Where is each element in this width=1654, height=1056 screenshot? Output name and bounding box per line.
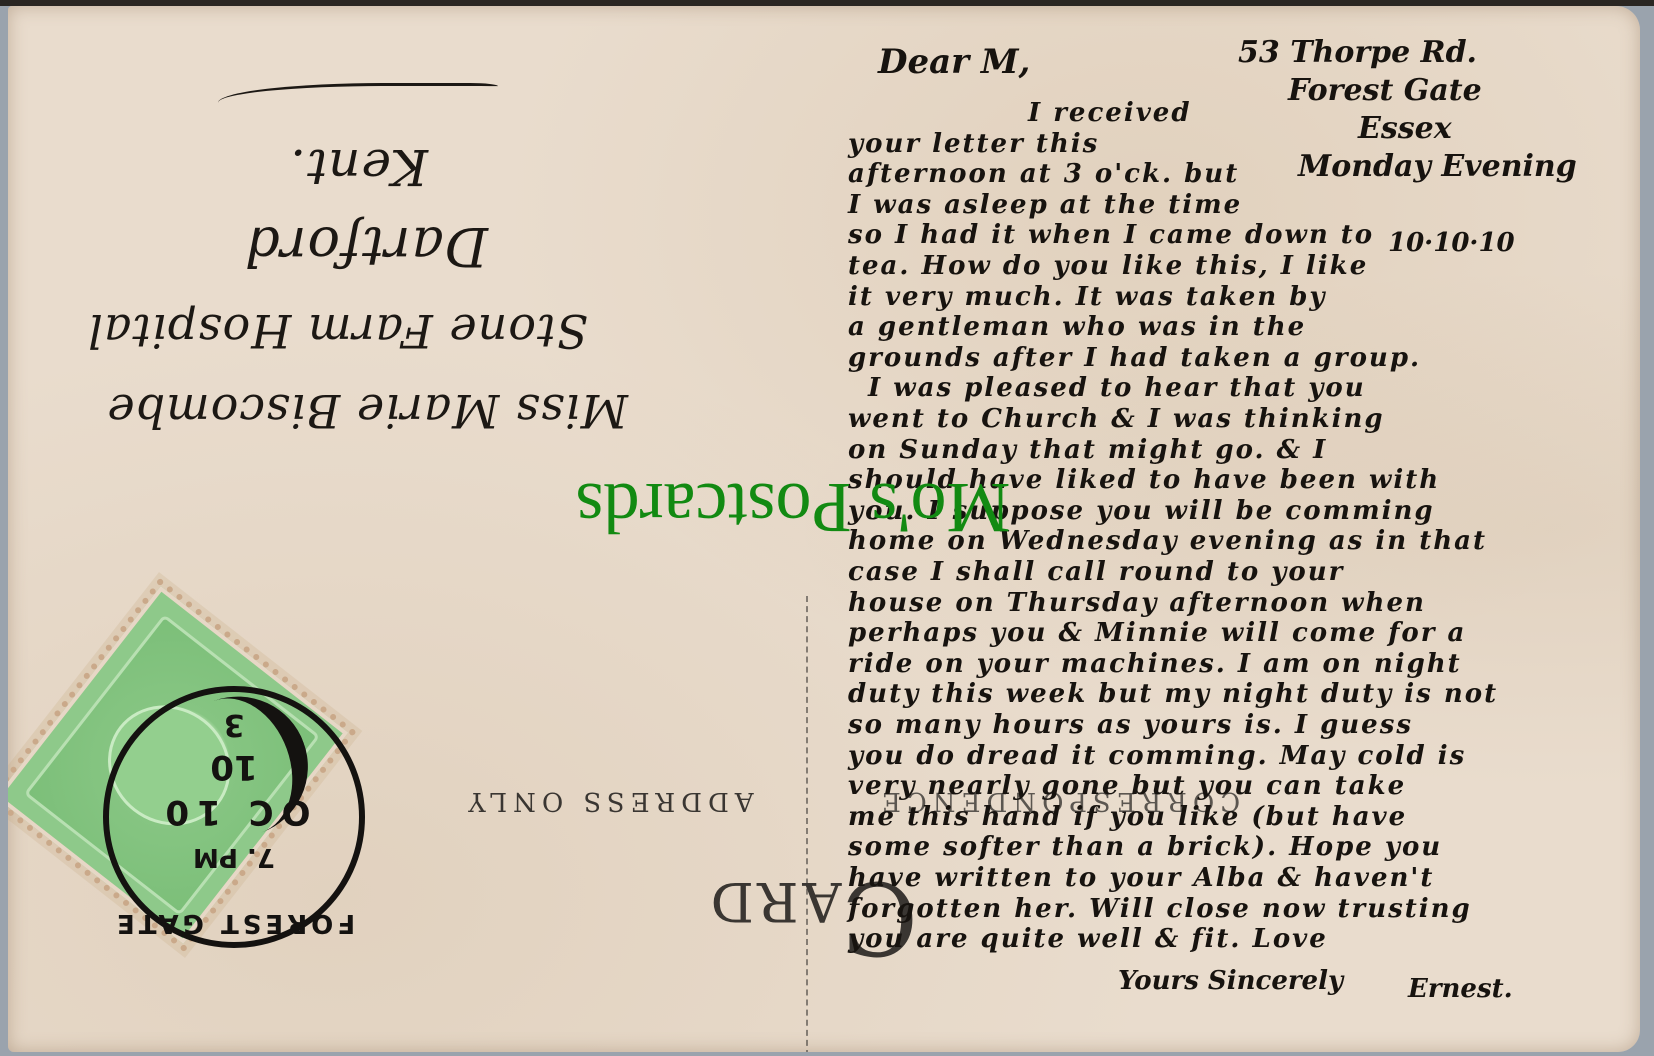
letter-line: forgotten her. Will close now trusting: [848, 894, 1472, 924]
letter-line: grounds after I had taken a group.: [848, 343, 1421, 373]
letter-line: ride on your machines. I am on night: [848, 649, 1462, 679]
letter-line: I was asleep at the time: [848, 190, 1242, 220]
printed-card-word: ARD: [707, 870, 842, 933]
letter-line: case I shall call round to your: [848, 557, 1344, 587]
postmark-date: OC 10: [109, 792, 359, 832]
postmark-time: 7. PM: [109, 842, 359, 872]
letter-line: it very much. It was taken by: [848, 282, 1327, 312]
postmark-town: FOREST GATE: [109, 908, 359, 938]
sender-street: 53 Thorpe Rd.: [1238, 34, 1577, 72]
letter-line: tea. How do you like this, I like: [848, 251, 1368, 281]
letter-line: you do dread it comming. May cold is: [848, 741, 1466, 771]
letter-line: you are quite well & fit. Love: [848, 924, 1328, 954]
sender-district: Forest Gate: [1238, 72, 1577, 110]
letter-line: a gentleman who was in the: [848, 312, 1306, 342]
postcard: Kent. Dartford Stone Farm Hospital Miss …: [8, 6, 1640, 1052]
letter-line: me this hand if you like (but have: [848, 802, 1407, 832]
letter-greeting: Dear M,: [878, 42, 1030, 82]
center-divider-line: [806, 596, 808, 1052]
address-line-institution: Stone Farm Hospital: [87, 304, 588, 358]
watermark: Mo's Postcards: [498, 468, 1088, 548]
letter-signature: Ernest.: [1408, 974, 1513, 1004]
letter-line: I received: [1028, 98, 1192, 128]
letter-line: went to Church & I was thinking: [848, 404, 1385, 434]
letter-line: perhaps you & Minnie will come for a: [848, 618, 1466, 648]
address-line-town: Dartford: [244, 215, 488, 278]
letter-line: so many hours as yours is. I guess: [848, 710, 1413, 740]
printed-address-only: ADDRESS ONLY: [448, 776, 768, 816]
letter-line: on Sunday that might go. & I: [848, 435, 1327, 465]
address-line-name: Miss Marie Biscombe: [106, 384, 628, 438]
letter-date: 10·10·10: [1388, 228, 1515, 258]
sender-county: Essex: [1238, 110, 1577, 148]
address-flourish: [218, 83, 498, 116]
sender-address: 53 Thorpe Rd. Forest Gate Essex Monday E…: [1238, 34, 1577, 186]
letter-line: so I had it when I came down to: [848, 220, 1374, 250]
letter-line: your letter this: [848, 129, 1099, 159]
address-line-county: Kent.: [289, 138, 428, 196]
letter-line: house on Thursday afternoon when: [848, 588, 1426, 618]
letter-line: some softer than a brick). Hope you: [848, 832, 1442, 862]
recipient-address: Kent. Dartford Stone Farm Hospital Miss …: [28, 46, 648, 446]
letter-line: have written to your Alba & haven't: [848, 863, 1434, 893]
sender-day: Monday Evening: [1238, 148, 1577, 186]
letter-line: duty this week but my night duty is not: [848, 679, 1498, 709]
letter-closing: Yours Sincerely: [1118, 966, 1343, 996]
letter-line: I was pleased to hear that you: [868, 373, 1366, 403]
letter-line: very nearly gone but you can take: [848, 771, 1406, 801]
letter-line: afternoon at 3 o'ck. but: [848, 159, 1239, 189]
